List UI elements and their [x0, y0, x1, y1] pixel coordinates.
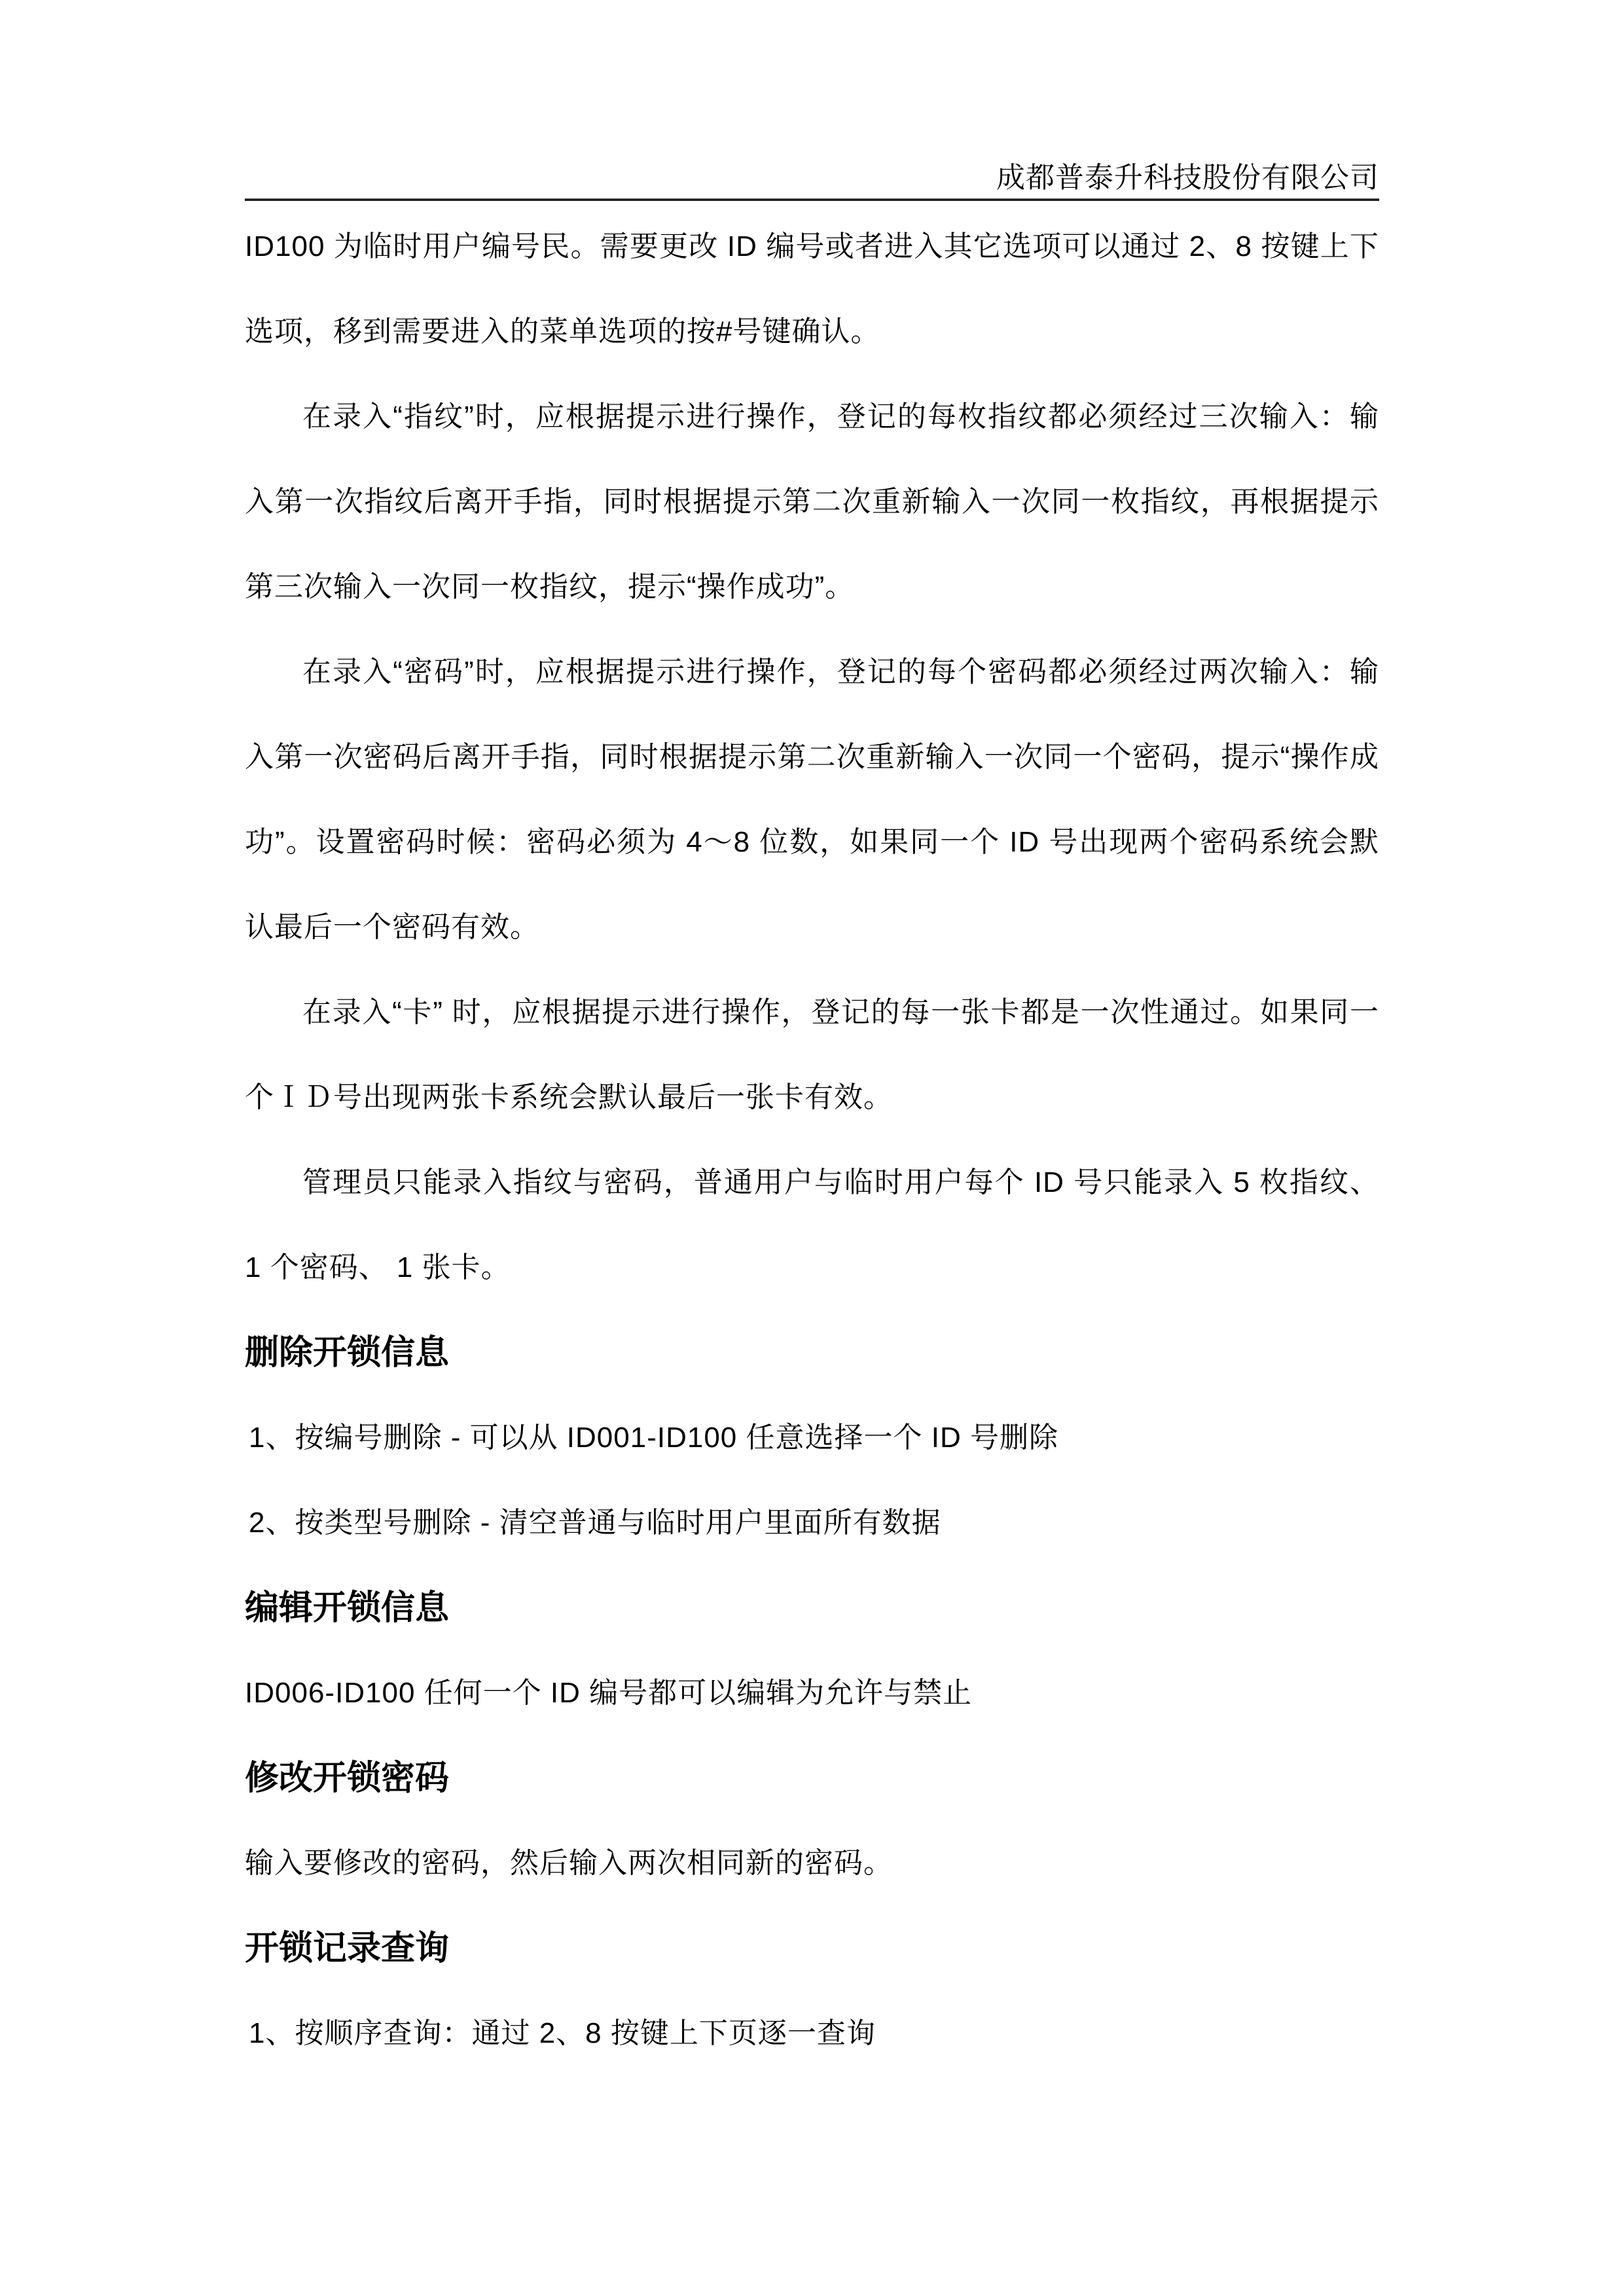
- paragraph: 管理员只能录入指纹与密码，普通用户与临时用户每个 ID 号只能录入 5 枚指纹、…: [245, 1140, 1379, 1310]
- section-heading-delete-unlock-info: 删除开锁信息: [245, 1310, 1379, 1395]
- paragraph: ID100 为临时用户编号民。需要更改 ID 编号或者进入其它选项可以通过 2、…: [245, 204, 1379, 374]
- list-item: 1、按编号删除 - 可以从 ID001-ID100 任意选择一个 ID 号删除: [245, 1395, 1379, 1480]
- section-heading-unlock-record-query: 开锁记录查询: [245, 1906, 1379, 1991]
- company-name: 成都普泰升科技股份有限公司: [996, 162, 1379, 194]
- section-heading-change-unlock-password: 修改开锁密码: [245, 1736, 1379, 1821]
- document-page: 成都普泰升科技股份有限公司 ID100 为临时用户编号民。需要更改 ID 编号或…: [0, 0, 1624, 2296]
- section-heading-edit-unlock-info: 编辑开锁信息: [245, 1566, 1379, 1651]
- document-body: ID100 为临时用户编号民。需要更改 ID 编号或者进入其它选项可以通过 2、…: [245, 201, 1379, 2076]
- list-item: 1、按顺序查询：通过 2、8 按键上下页逐一查询: [245, 1991, 1379, 2076]
- page-header: 成都普泰升科技股份有限公司: [245, 0, 1379, 194]
- paragraph: 输入要修改的密码，然后输入两次相同新的密码。: [245, 1821, 1379, 1906]
- paragraph: 在录入“卡” 时，应根据提示进行操作，登记的每一张卡都是一次性通过。如果同一个Ｉ…: [245, 970, 1379, 1140]
- paragraph: 在录入“密码”时，应根据提示进行操作，登记的每个密码都必须经过两次输入：输入第一…: [245, 630, 1379, 970]
- paragraph: ID006-ID100 任何一个 ID 编号都可以编辑为允许与禁止: [245, 1651, 1379, 1736]
- list-item: 2、按类型号删除 - 清空普通与临时用户里面所有数据: [245, 1480, 1379, 1566]
- page-background: { "page": { "header": { "company": "成都普泰…: [0, 0, 1624, 2296]
- paragraph: 在录入“指纹”时，应根据提示进行操作，登记的每枚指纹都必须经过三次输入：输入第一…: [245, 374, 1379, 630]
